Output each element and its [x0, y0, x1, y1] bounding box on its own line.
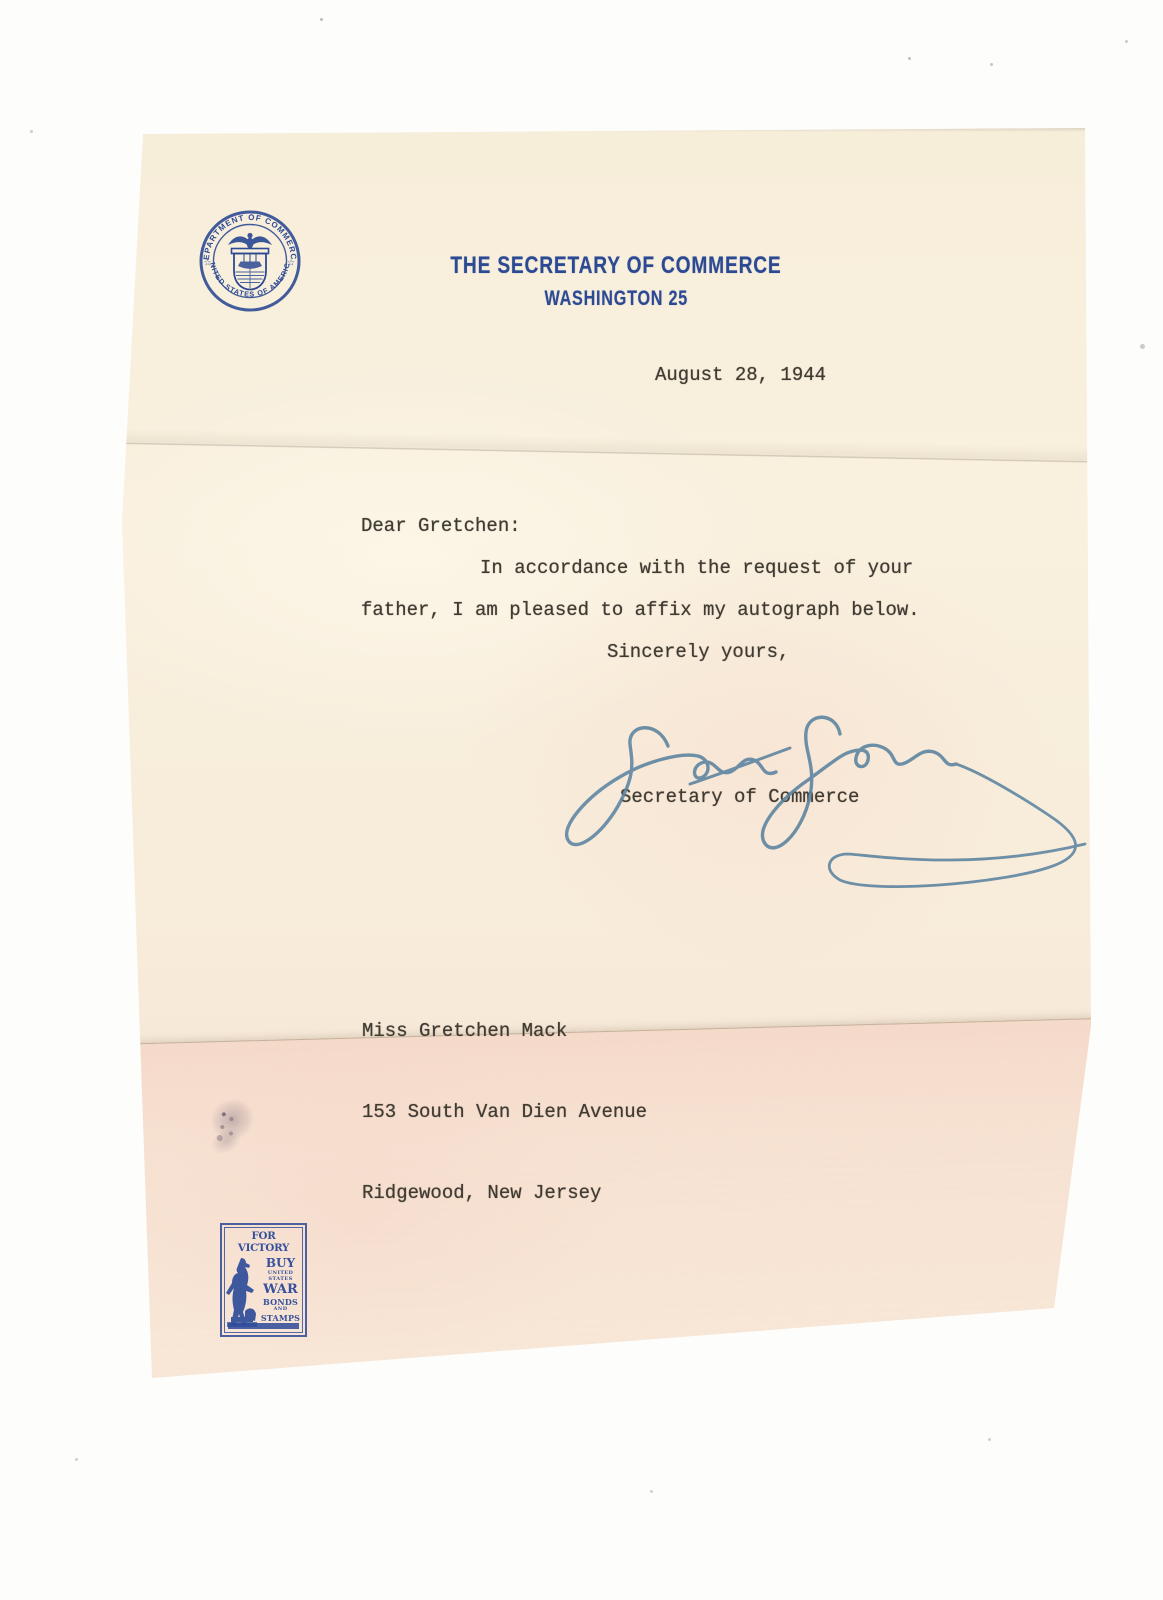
- seal-right-star: ☆: [287, 258, 295, 268]
- stamp-word-war: WAR: [259, 1283, 302, 1296]
- war-bonds-stamp-inner-border: FOR VICTORY BUY UNITED STATES: [224, 1227, 303, 1333]
- stamp-word-united: UNITED: [259, 1271, 302, 1276]
- scanned-letter-page: DEPARTMENT OF COMMERCE UNITED STATES OF …: [0, 0, 1163, 1600]
- fold-crease-upper: [124, 442, 1092, 464]
- letterhead-city: WASHINGTON 25: [544, 287, 688, 311]
- war-bonds-stamp: FOR VICTORY BUY UNITED STATES: [220, 1223, 307, 1337]
- body-line-2: father, I am pleased to affix my autogra…: [361, 599, 920, 621]
- stamp-word-stamps: STAMPS: [259, 1314, 302, 1322]
- closing-line: Sincerely yours,: [607, 641, 789, 663]
- recipient-address-block: Miss Gretchen Mack 153 South Van Dien Av…: [362, 964, 647, 1261]
- recipient-street: 153 South Van Dien Avenue: [362, 1099, 647, 1126]
- scanner-dust-specks: [320, 18, 323, 21]
- letterhead-title: THE SECRETARY OF COMMERCE: [450, 252, 781, 280]
- letter-paper: DEPARTMENT OF COMMERCE UNITED STATES OF …: [110, 126, 1100, 1386]
- letterhead-block: THE SECRETARY OF COMMERCE WASHINGTON 25: [366, 252, 866, 311]
- stamp-word-buy: BUY: [259, 1257, 302, 1269]
- body-line-1: In accordance with the request of your: [480, 557, 913, 579]
- stamp-word-and: AND: [259, 1307, 302, 1312]
- stamp-text-column: BUY UNITED STATES WAR BONDS AND STAMPS: [259, 1255, 302, 1329]
- recipient-city: Ridgewood, New Jersey: [362, 1180, 647, 1207]
- stamp-base-bar: [228, 1323, 299, 1329]
- seal-left-star: ☆: [204, 258, 212, 268]
- seal-shield-icon: [232, 249, 269, 290]
- recipient-name: Miss Gretchen Mack: [362, 1018, 647, 1045]
- stamp-word-bonds: BONDS: [259, 1298, 302, 1306]
- salutation: Dear Gretchen:: [361, 515, 521, 537]
- minuteman-statue-icon: [225, 1255, 259, 1329]
- date-line: August 28, 1944: [655, 364, 826, 386]
- seal-eagle-icon: [228, 233, 272, 249]
- signature-jesse-jones: [540, 704, 1100, 934]
- stamp-header: FOR VICTORY: [226, 1230, 301, 1254]
- department-of-commerce-seal-icon: DEPARTMENT OF COMMERCE UNITED STATES OF …: [198, 209, 302, 313]
